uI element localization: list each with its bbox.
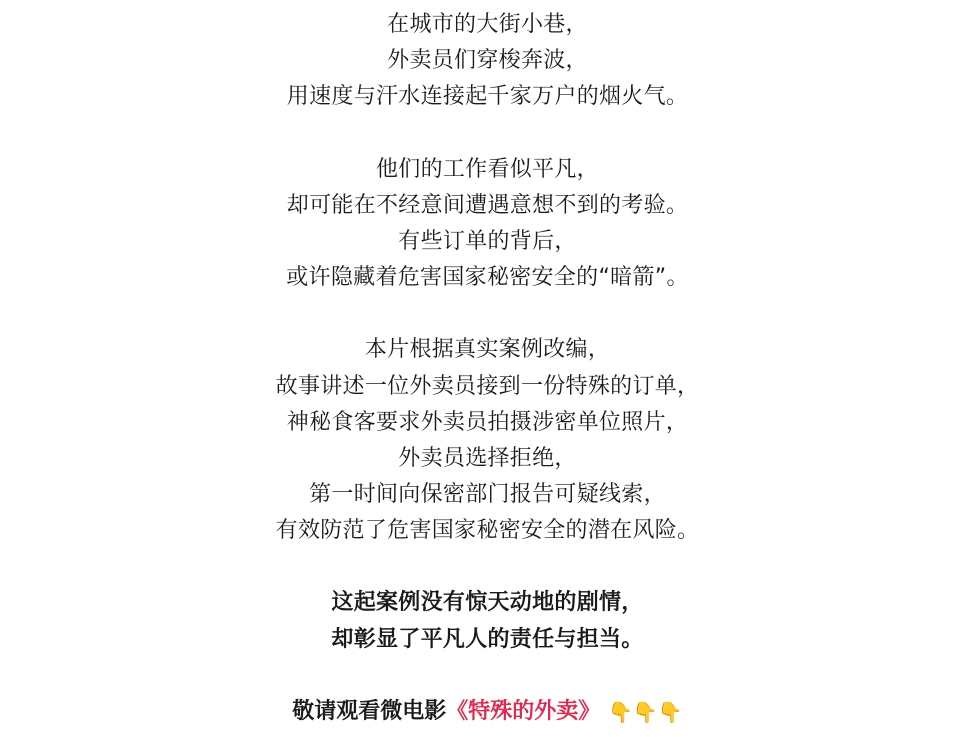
paragraph-synopsis: 本片根据真实案例改编， 故事讲述一位外卖员接到一份特殊的订单， 神秘食客要求外卖…: [0, 332, 975, 549]
pointing-down-icon: 👇: [658, 694, 683, 730]
text-line-bold: 却彰显了平凡人的责任与担当。: [0, 622, 975, 658]
pointing-down-icon: 👇: [633, 694, 658, 730]
text-line: 本片根据真实案例改编，: [0, 332, 975, 368]
text-line: 用速度与汗水连接起千家万户的烟火气。: [0, 79, 975, 115]
film-title: 《特殊的外卖》: [446, 699, 600, 724]
paragraph-intro: 在城市的大街小巷， 外卖员们穿梭奔波， 用速度与汗水连接起千家万户的烟火气。: [0, 7, 975, 116]
call-to-action: 敬请观看微电影《特殊的外卖》 👇👇👇: [0, 694, 975, 730]
text-line: 外卖员们穿梭奔波，: [0, 43, 975, 79]
text-line: 外卖员选择拒绝，: [0, 441, 975, 477]
text-line: 有些订单的背后，: [0, 224, 975, 260]
paragraph-highlight: 这起案例没有惊天动地的剧情， 却彰显了平凡人的责任与担当。: [0, 585, 975, 657]
paragraph-context: 他们的工作看似平凡， 却可能在不经意间遭遇意想不到的考验。 有些订单的背后， 或…: [0, 152, 975, 297]
cta-prefix: 敬请观看微电影: [292, 699, 446, 724]
text-line: 有效防范了危害国家秘密安全的潜在风险。: [0, 513, 975, 549]
pointing-down-icon: 👇: [608, 694, 633, 730]
article-body: 在城市的大街小巷， 外卖员们穿梭奔波， 用速度与汗水连接起千家万户的烟火气。 他…: [0, 0, 975, 730]
text-line: 第一时间向保密部门报告可疑线索，: [0, 477, 975, 513]
text-line: 神秘食客要求外卖员拍摄涉密单位照片，: [0, 405, 975, 441]
text-line: 他们的工作看似平凡，: [0, 152, 975, 188]
text-line: 故事讲述一位外卖员接到一份特殊的订单，: [0, 369, 975, 405]
text-line: 在城市的大街小巷，: [0, 7, 975, 43]
text-line: 或许隐藏着危害国家秘密安全的“暗箭”。: [0, 260, 975, 296]
text-line-bold: 这起案例没有惊天动地的剧情，: [0, 585, 975, 621]
text-line: 却可能在不经意间遭遇意想不到的考验。: [0, 188, 975, 224]
